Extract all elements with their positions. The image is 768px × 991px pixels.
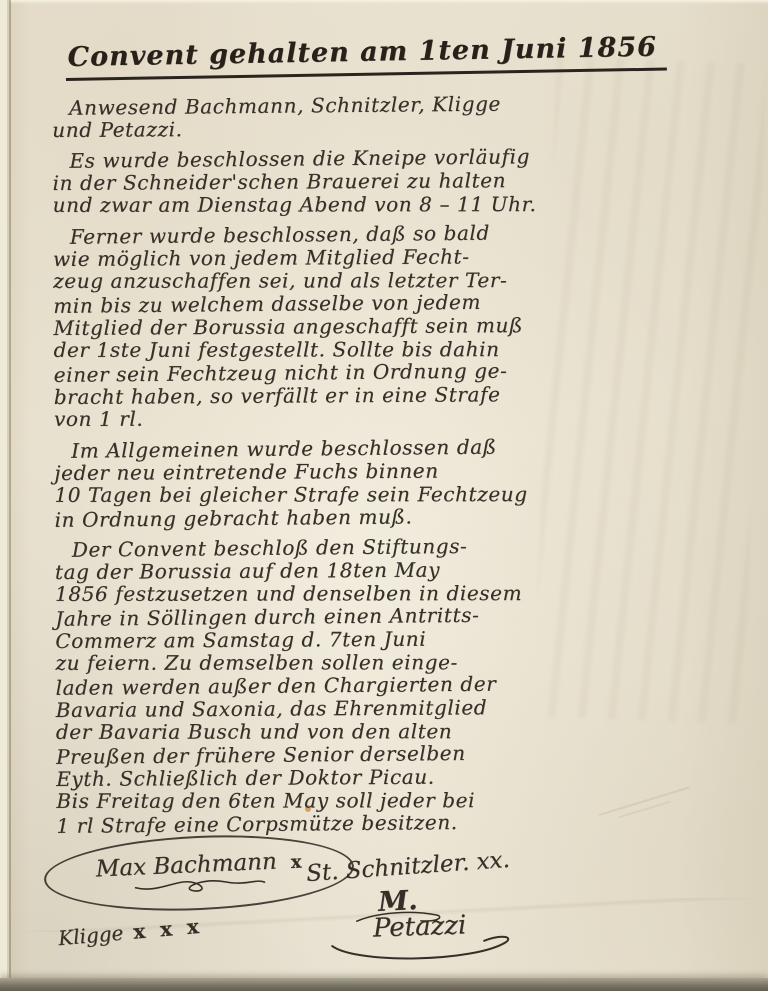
signature-kligge-name: Kligge [57, 921, 124, 951]
signature-kligge: Kliggex x x [57, 914, 203, 951]
manuscript-page: Convent gehalten am 1ten Juni 1856 Anwes… [0, 0, 768, 991]
sweep-flourish-icon [322, 933, 519, 968]
page-edge-shadow [0, 978, 768, 991]
signature-kligge-marks: x x x [122, 914, 203, 945]
signature-bachmann-mark: x [276, 852, 302, 874]
signature-petazzi: Petazzi [321, 909, 519, 968]
signature-block: Max Bachmannx St. Schnitzler. xx. M. Kli… [0, 0, 768, 991]
